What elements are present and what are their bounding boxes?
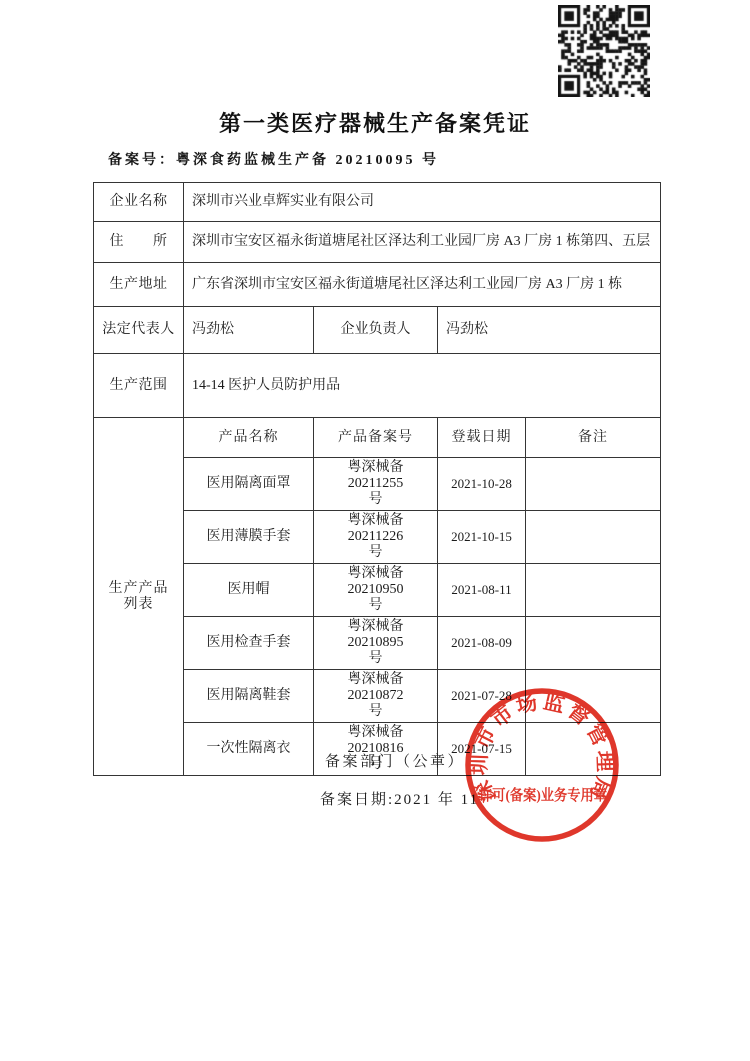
- production-address-label: 生产地址: [94, 263, 184, 307]
- product-table-header-row: 生产产品 列表 产品名称 产品备案号 登载日期 备注: [94, 418, 661, 458]
- filing-date-label: 备案日期:2021 年 11: [320, 788, 479, 809]
- col-header-product-reg-no: 产品备案号: [314, 418, 438, 458]
- publish-date-cell: 2021-10-28: [438, 458, 526, 511]
- enterprise-manager-label: 企业负责人: [314, 307, 438, 354]
- certificate-page: 第一类医疗器械生产备案凭证 备案号：粤深食药监械生产备 20210095 号 企…: [0, 0, 750, 1061]
- product-name-cell: 医用薄膜手套: [184, 511, 314, 564]
- product-list-label: 生产产品 列表: [94, 418, 184, 776]
- production-scope-value: 14-14 医护人员防护用品: [184, 354, 661, 418]
- product-reg-no-cell: 粤深械备 20210895 号: [314, 617, 438, 670]
- remark-cell: [526, 511, 661, 564]
- production-scope-label: 生产范围: [94, 354, 184, 418]
- product-reg-no-cell: 粤深械备 20211226 号: [314, 511, 438, 564]
- legal-representative-value: 冯劲松: [184, 307, 314, 354]
- publish-date-cell: 2021-10-15: [438, 511, 526, 564]
- seal-center-text: 许可(备案)业务专用章: [479, 786, 607, 804]
- table-row: 法定代表人 冯劲松 企业负责人 冯劲松: [94, 307, 661, 354]
- product-name-cell: 医用检查手套: [184, 617, 314, 670]
- filing-number-value: 粤深食药监械生产备 20210095 号: [176, 153, 439, 168]
- publish-date-cell: 2021-07-28: [438, 670, 526, 723]
- filing-number-label: 备案号：: [108, 153, 176, 168]
- table-row: 住 所 深圳市宝安区福永街道塘尾社区泽达利工业园厂房 A3 厂房 1 栋第四、五…: [94, 222, 661, 263]
- col-header-publish-date: 登载日期: [438, 418, 526, 458]
- filing-department-label: 备案部门（公章）: [325, 750, 465, 771]
- remark-cell: [526, 617, 661, 670]
- publish-date-cell: 2021-08-09: [438, 617, 526, 670]
- enterprise-manager-value: 冯劲松: [438, 307, 661, 354]
- table-row: 生产范围 14-14 医护人员防护用品: [94, 354, 661, 418]
- col-header-remark: 备注: [526, 418, 661, 458]
- qr-code-icon: [558, 5, 650, 97]
- company-name-label: 企业名称: [94, 183, 184, 222]
- page-title: 第一类医疗器械生产备案凭证: [0, 107, 750, 138]
- legal-representative-label: 法定代表人: [94, 307, 184, 354]
- remark-cell: [526, 723, 661, 776]
- product-reg-no-cell: 粤深械备 20210872 号: [314, 670, 438, 723]
- table-row: 企业名称 深圳市兴业卓辉实业有限公司: [94, 183, 661, 222]
- filing-number: 备案号：粤深食药监械生产备 20210095 号: [108, 149, 439, 169]
- product-reg-no-cell: 粤深械备 20210950 号: [314, 564, 438, 617]
- company-name-value: 深圳市兴业卓辉实业有限公司: [184, 183, 661, 222]
- remark-cell: [526, 458, 661, 511]
- publish-date-cell: 2021-08-11: [438, 564, 526, 617]
- product-name-cell: 医用隔离鞋套: [184, 670, 314, 723]
- product-reg-no-cell: 粤深械备 20211255 号: [314, 458, 438, 511]
- product-name-cell: 医用帽: [184, 564, 314, 617]
- product-name-cell: 医用隔离面罩: [184, 458, 314, 511]
- remark-cell: [526, 670, 661, 723]
- col-header-product-name: 产品名称: [184, 418, 314, 458]
- residence-label: 住 所: [94, 222, 184, 263]
- product-name-cell: 一次性隔离衣: [184, 723, 314, 776]
- table-row: 生产地址 广东省深圳市宝安区福永街道塘尾社区泽达利工业园厂房 A3 厂房 1 栋: [94, 263, 661, 307]
- production-address-value: 广东省深圳市宝安区福永街道塘尾社区泽达利工业园厂房 A3 厂房 1 栋: [184, 263, 661, 307]
- certificate-table: 企业名称 深圳市兴业卓辉实业有限公司 住 所 深圳市宝安区福永街道塘尾社区泽达利…: [93, 182, 661, 776]
- residence-value: 深圳市宝安区福永街道塘尾社区泽达利工业园厂房 A3 厂房 1 栋第四、五层: [184, 222, 661, 263]
- remark-cell: [526, 564, 661, 617]
